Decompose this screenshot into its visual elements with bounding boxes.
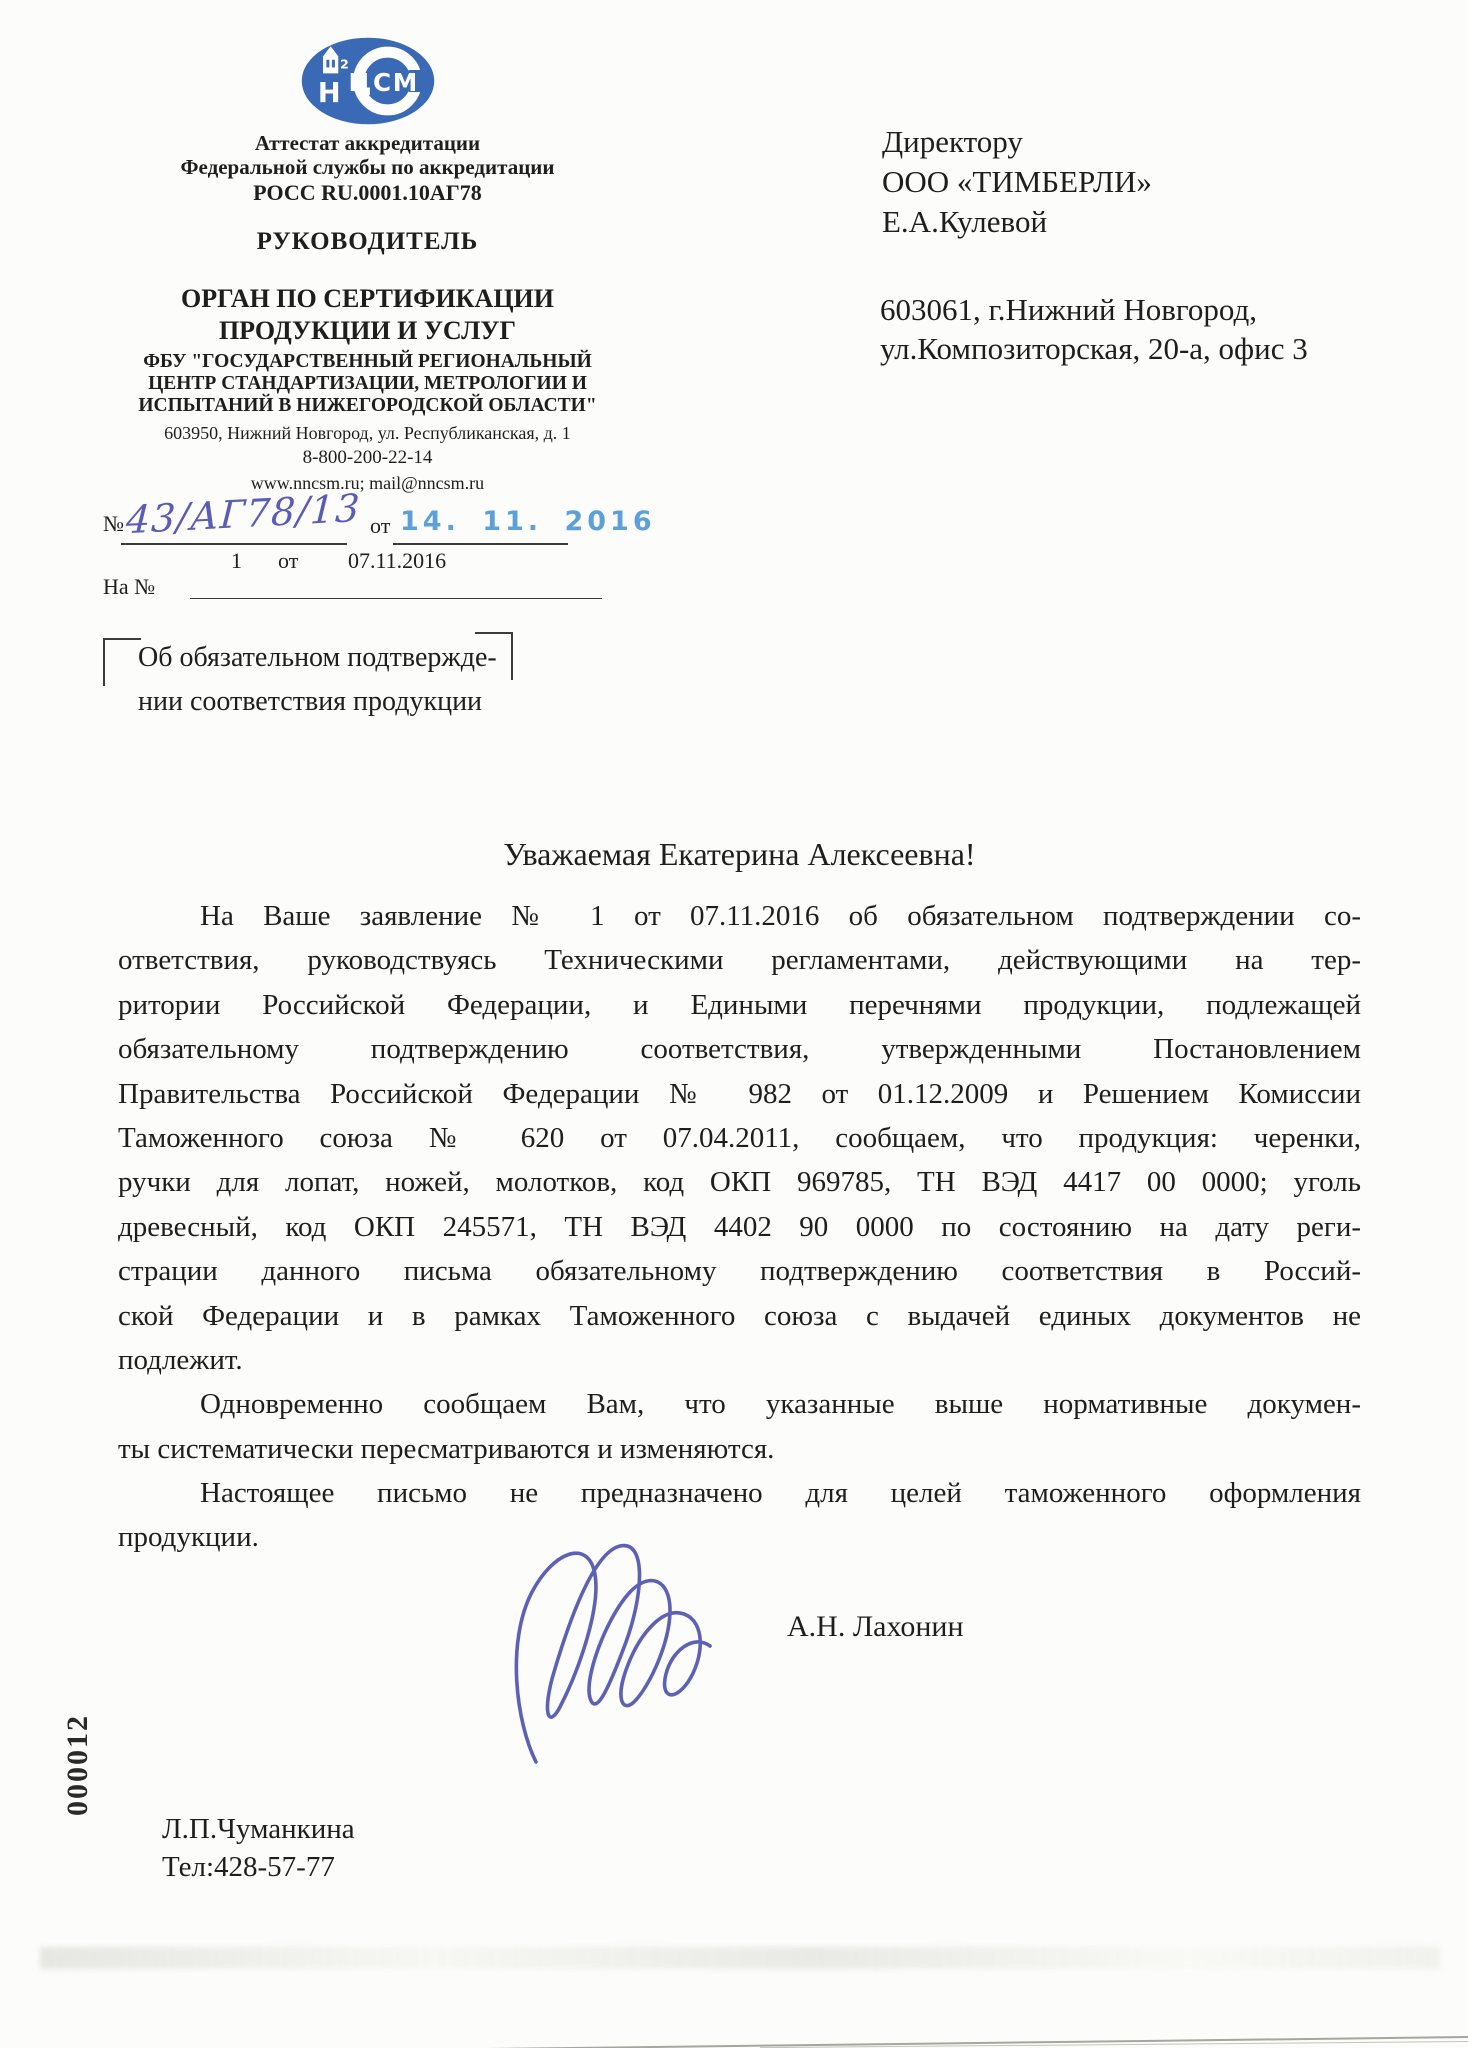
request-number: 1: [231, 548, 242, 574]
recipient-company: ООО «ТИМБЕРЛИ»: [882, 162, 1402, 202]
body-line: ручки для лопат, ножей, молотков, код ОК…: [118, 1166, 1361, 1210]
position-title: РУКОВОДИТЕЛЬ: [95, 228, 640, 256]
na-no-line: [190, 598, 602, 599]
date-stamp: 14. 11. 2016: [400, 506, 656, 537]
subject-corner-left: [103, 638, 141, 686]
recipient-address-block: 603061, г.Нижний Новгород, ул.Композитор…: [880, 290, 1420, 368]
subject-text: Об обязательном подтвержде- нии соответс…: [138, 636, 518, 724]
request-ot-label: от: [278, 548, 298, 574]
accreditation-line-2: Федеральной службы по аккредитации: [95, 156, 640, 179]
outgoing-number-line: [121, 543, 347, 545]
org-title-line-2: ПРОДУКЦИИ И УСЛУГ: [95, 316, 640, 346]
vertical-doc-number: 000012: [61, 1705, 95, 1825]
recipient-block: Директору ООО «ТИМБЕРЛИ» Е.А.Кулевой: [882, 122, 1402, 242]
scanned-letter-page: Н 2 ЦСМ Аттестат аккредитации Федерально…: [0, 0, 1468, 2048]
logo-letter-h: Н: [317, 78, 340, 109]
signature-ink: [498, 1522, 733, 1767]
body-line: подлежит.: [118, 1344, 1361, 1388]
logo-superscript: 2: [339, 57, 348, 72]
recipient-address-line-1: 603061, г.Нижний Новгород,: [880, 290, 1420, 329]
org-web-email: www.nncsm.ru; mail@nncsm.ru: [95, 473, 640, 494]
body-line: Правительства Российской Федерации № 982…: [118, 1078, 1361, 1122]
body-line: страции данного письма обязательному под…: [118, 1255, 1361, 1299]
request-date: 07.11.2016: [348, 548, 446, 574]
body-line: ритории Российской Федерации, и Едиными …: [118, 989, 1361, 1033]
salutation: Уважаемая Екатерина Алексеевна!: [118, 836, 1361, 873]
outgoing-date-label: от: [370, 513, 390, 539]
logo-castle-window: [326, 60, 329, 68]
logo-castle-window: [331, 60, 334, 68]
org-logo: Н 2 ЦСМ: [95, 36, 640, 131]
body-line: обязательному подтверждению соответствия…: [118, 1033, 1361, 1077]
body-line: продукции.: [118, 1521, 1361, 1565]
outgoing-no-label: №: [103, 511, 124, 537]
org-name-line-1: ФБУ "ГОСУДАРСТВЕННЫЙ РЕГИОНАЛЬНЫЙ: [95, 351, 640, 373]
recipient-position: Директору: [882, 122, 1402, 162]
accreditation-line-1: Аттестат аккредитации: [95, 132, 640, 155]
executor-name: Л.П.Чуманкина: [162, 1810, 355, 1848]
recipient-address-line-2: ул.Композиторская, 20-а, офис 3: [880, 329, 1420, 368]
org-name-line-3: ИСПЫТАНИЙ В НИЖЕГОРОДСКОЙ ОБЛАСТИ": [95, 395, 640, 417]
body-line: ской Федерации и в рамках Таможенного со…: [118, 1300, 1361, 1344]
letter-body: На Ваше заявление № 1 от 07.11.2016 об о…: [118, 900, 1361, 1566]
recipient-name: Е.А.Кулевой: [882, 202, 1402, 242]
body-line: На Ваше заявление № 1 от 07.11.2016 об о…: [118, 900, 1361, 944]
executor-phone: Тел:428-57-77: [162, 1848, 355, 1886]
executor-block: Л.П.Чуманкина Тел:428-57-77: [162, 1810, 355, 1886]
org-postal-address: 603950, Нижний Новгород, ул. Республикан…: [95, 423, 640, 444]
body-line: Одновременно сообщаем Вам, что указанные…: [118, 1388, 1361, 1432]
scan-smudge-band: [40, 1947, 1440, 1969]
subject-line-1: Об обязательном подтвержде-: [138, 636, 518, 680]
org-title-line-1: ОРГАН ПО СЕРТИФИКАЦИИ: [95, 284, 640, 314]
org-name-line-2: ЦЕНТР СТАНДАРТИЗАЦИИ, МЕТРОЛОГИИ И: [95, 373, 640, 395]
ncsm-logo-icon: Н 2 ЦСМ: [300, 36, 436, 126]
outgoing-date-line: [393, 543, 568, 545]
org-phone: 8-800-200-22-14: [95, 447, 640, 469]
subject-line-2: нии соответствия продукции: [138, 680, 518, 724]
logo-letters-csm: ЦСМ: [348, 68, 418, 97]
signer-name: А.Н. Лахонин: [787, 1610, 964, 1644]
body-line: Настоящее письмо не предназначено для це…: [118, 1477, 1361, 1521]
body-line: Таможенного союза № 620 от 07.04.2011, с…: [118, 1122, 1361, 1166]
body-line: древесный, код ОКП 245571, ТН ВЭД 4402 9…: [118, 1211, 1361, 1255]
accreditation-number: РОСС RU.0001.10АГ78: [95, 181, 640, 204]
signature-stroke: [516, 1546, 710, 1762]
body-line: ответствия, руководствуясь Техническими …: [118, 944, 1361, 988]
letterhead: Н 2 ЦСМ Аттестат аккредитации Федерально…: [95, 0, 640, 520]
na-no-label: На №: [103, 574, 155, 600]
body-line: ты систематически пересматриваются и изм…: [118, 1433, 1361, 1477]
